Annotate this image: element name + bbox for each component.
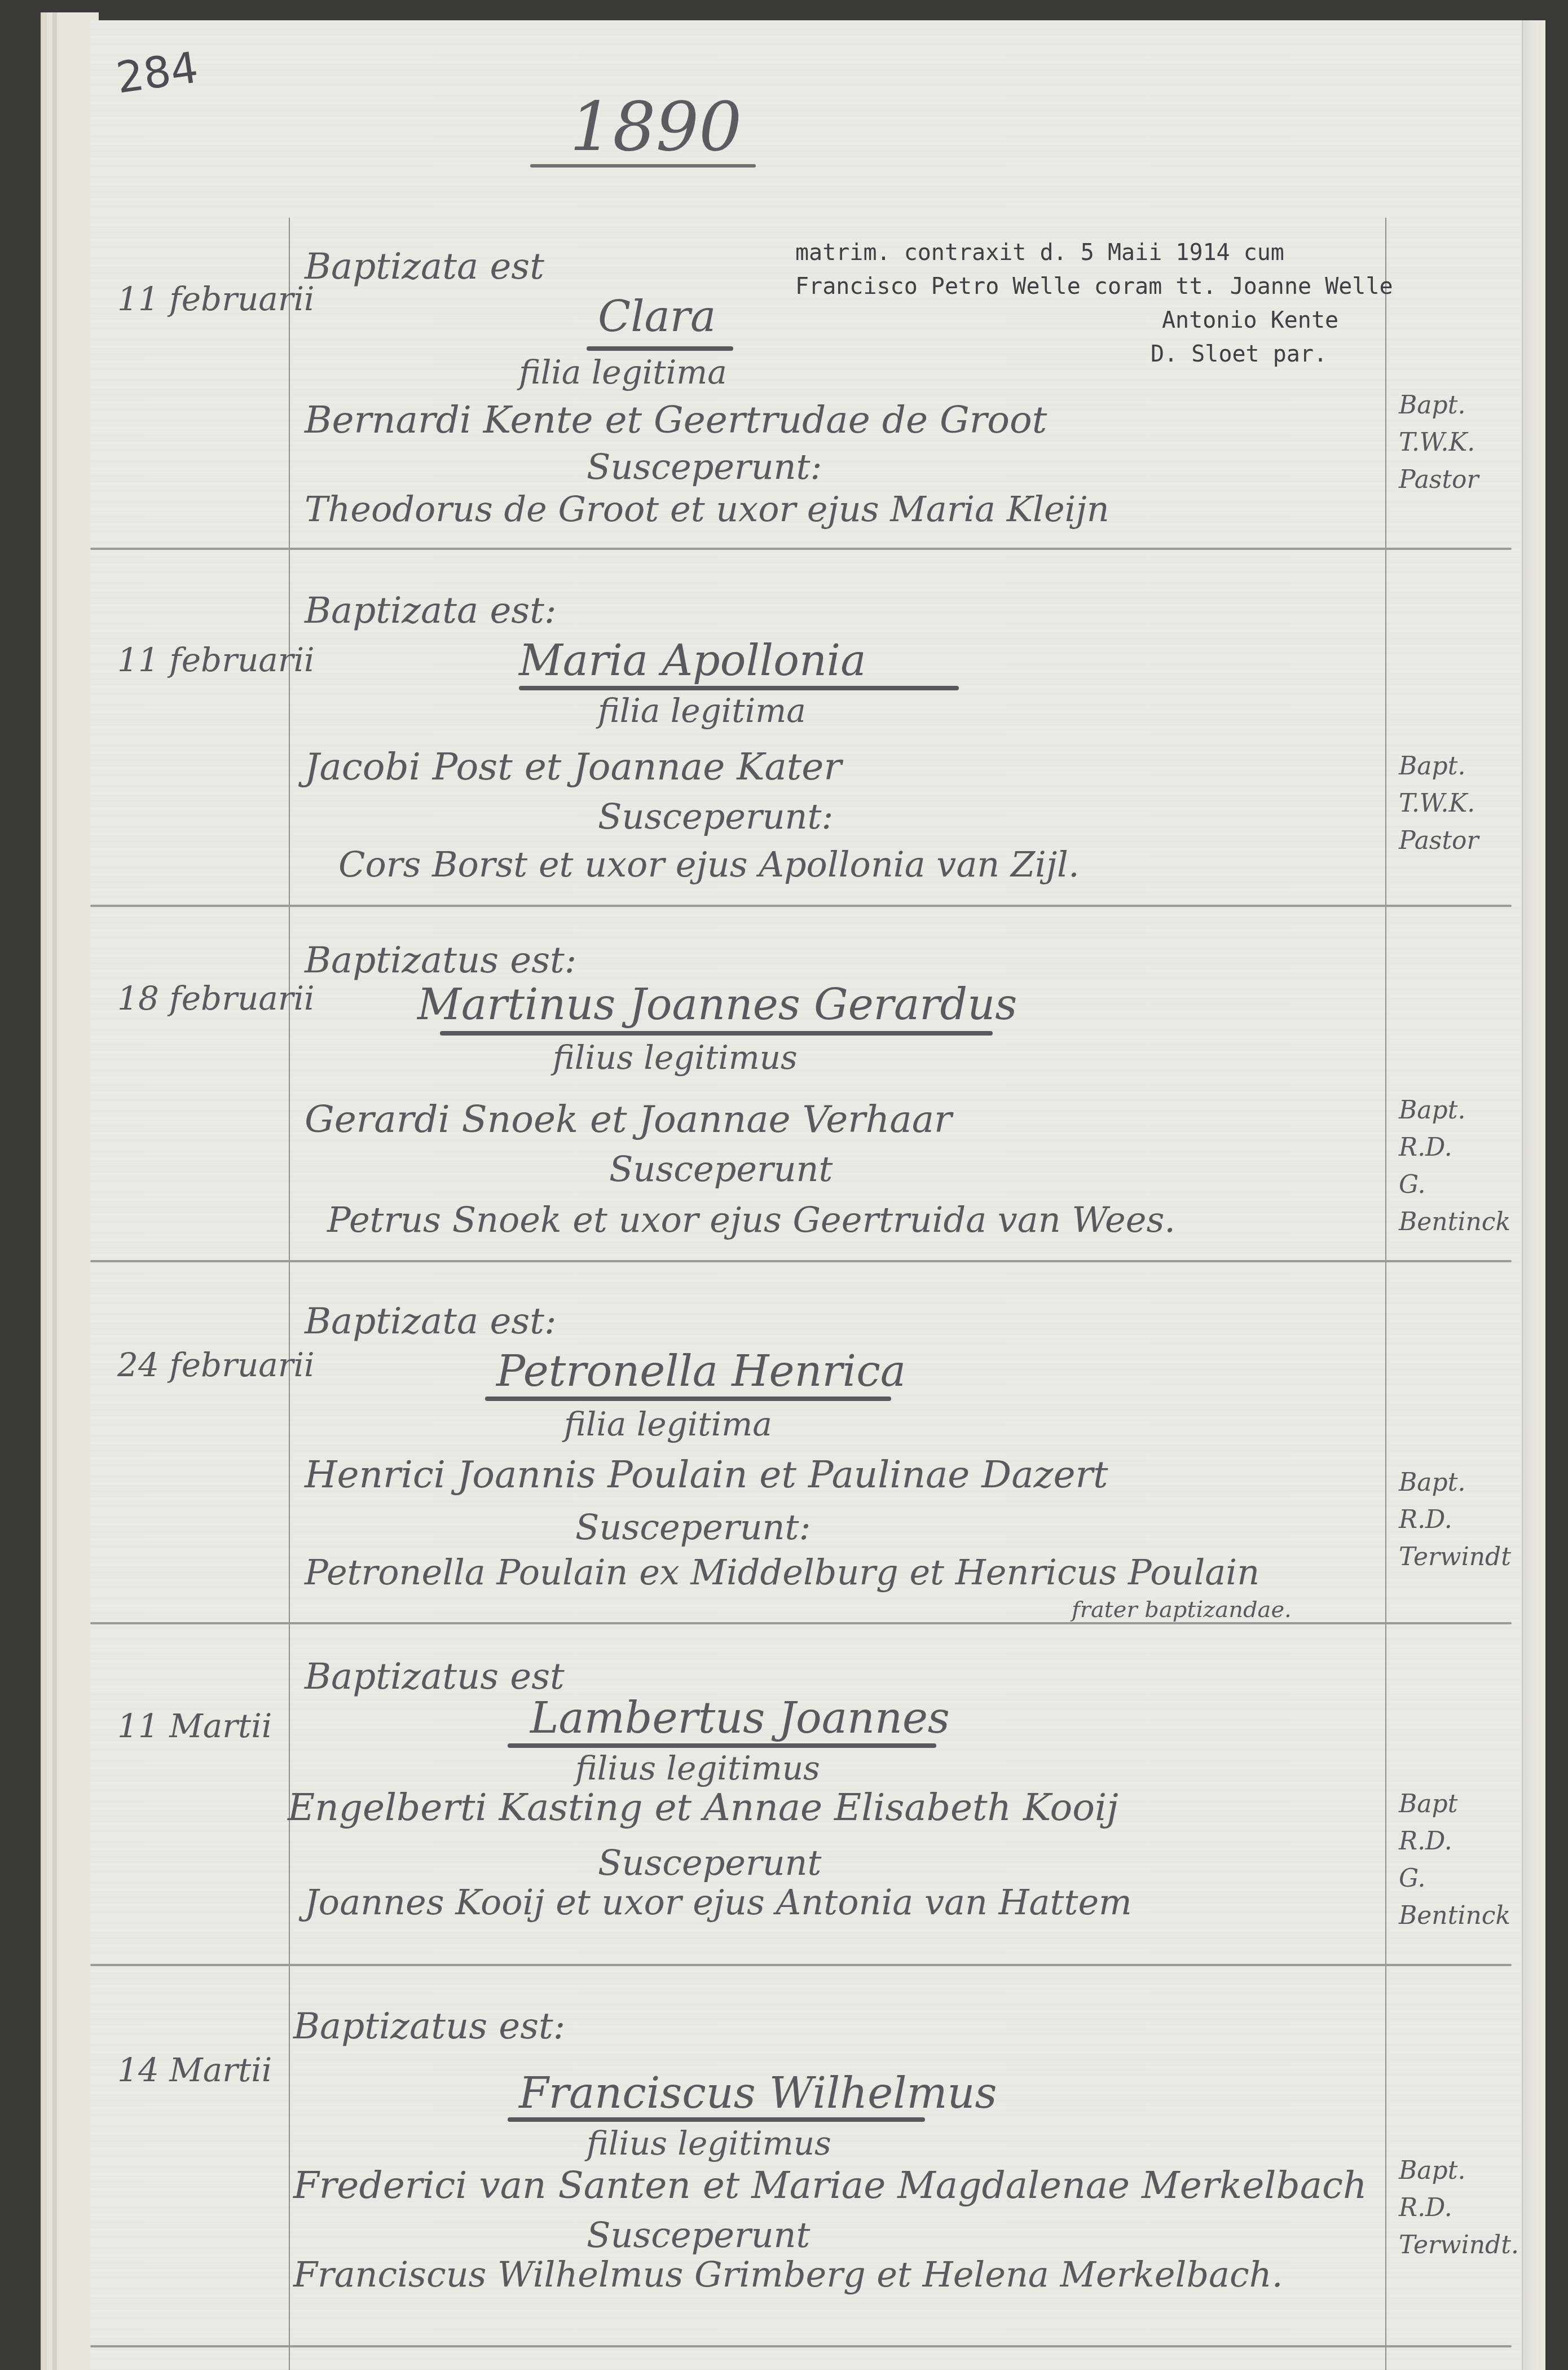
- name-underline: [508, 1743, 936, 1748]
- baptized-label: Baptizata est:: [305, 590, 556, 632]
- sponsor-relation-note: frater baptizandae.: [1072, 1597, 1292, 1623]
- entry-date: 11 februarii: [117, 641, 315, 679]
- name-underline: [587, 346, 733, 351]
- minister-signature: Bapt R.D. G. Bentinck: [1399, 1786, 1523, 1935]
- row-separator: [90, 2345, 1512, 2347]
- name-underline: [508, 2117, 925, 2122]
- parents-names: Henrici Joannis Poulain et Paulinae Daze…: [305, 1453, 1108, 1496]
- marginal-note-line-3: Antonio Kente: [1162, 302, 1338, 338]
- parents-names: Jacobi Post et Joannae Kater: [305, 745, 842, 788]
- marginal-note-line-4: D. Sloet par.: [1151, 336, 1327, 372]
- sponsors-names: Joannes Kooij et uxor ejus Antonia van H…: [305, 1882, 1132, 1923]
- child-name: Martinus Joannes Gerardus: [417, 979, 1017, 1029]
- sponsors-names: Petrus Snoek et uxor ejus Geertruida van…: [327, 1199, 1175, 1240]
- name-underline: [440, 1031, 993, 1036]
- minister-signature: Bapt. T.W.K. Pastor: [1399, 387, 1479, 499]
- row-separator: [90, 905, 1512, 907]
- parents-names: Bernardi Kente et Geertrudae de Groot: [305, 398, 1047, 442]
- entry-date: 14 Martii: [117, 2051, 272, 2089]
- sponsors-label: Susceperunt: [587, 2214, 810, 2256]
- minister-signature: Bapt. T.W.K. Pastor: [1399, 748, 1479, 860]
- sponsors-label: Susceperunt: [609, 1148, 833, 1190]
- child-name: Lambertus Joannes: [530, 1693, 950, 1743]
- row-separator: [90, 1622, 1512, 1624]
- row-separator: [90, 1260, 1512, 1262]
- sponsors-names: Theodorus de Groot et uxor ejus Maria Kl…: [305, 488, 1109, 530]
- year-heading: 1890: [570, 88, 742, 166]
- date-column-rule: [289, 218, 290, 2370]
- minister-column-rule: [1385, 218, 1386, 2370]
- entry-date: 11 Martii: [117, 1707, 272, 1745]
- page-number: 284: [113, 42, 201, 103]
- baptized-label: Baptizatus est:: [305, 940, 576, 981]
- baptized-label: Baptizata est:: [305, 1301, 556, 1342]
- sponsors-label: Susceperunt:: [598, 796, 833, 837]
- legitimacy-note: filius legitimus: [575, 1749, 820, 1787]
- legitimacy-note: filius legitimus: [553, 1038, 798, 1077]
- parents-names: Gerardi Snoek et Joannae Verhaar: [305, 1098, 952, 1141]
- sponsors-names: Cors Borst et uxor ejus Apollonia van Zi…: [338, 844, 1080, 885]
- child-name: Clara: [598, 291, 716, 341]
- baptized-label: Baptizata est: [305, 246, 544, 288]
- minister-signature: Bapt. R.D. Terwindt: [1399, 1464, 1511, 1576]
- parents-names: Engelberti Kasting et Annae Elisabeth Ko…: [288, 1786, 1118, 1829]
- name-underline: [485, 1397, 891, 1401]
- register-page: 284 1890 11 februarii Baptizata est matr…: [90, 20, 1545, 2370]
- baptized-label: Baptizatus est: [305, 1656, 565, 1698]
- sponsors-label: Susceperunt:: [575, 1506, 811, 1548]
- child-name: Maria Apollonia: [519, 635, 866, 685]
- sponsors-label: Susceperunt: [598, 1842, 821, 1883]
- page-gutter: [1522, 20, 1545, 2370]
- year-underline: [530, 164, 756, 168]
- sponsors-names: Petronella Poulain ex Middelburg et Henr…: [305, 1552, 1259, 1593]
- entry-date: 24 februarii: [117, 1346, 315, 1384]
- legitimacy-note: filia legitima: [519, 353, 727, 391]
- legitimacy-note: filia legitima: [598, 691, 806, 730]
- legitimacy-note: filia legitima: [564, 1405, 772, 1443]
- sponsors-label: Susceperunt:: [587, 446, 822, 487]
- name-underline: [519, 686, 959, 690]
- parents-names: Frederici van Santen et Mariae Magdalena…: [293, 2164, 1367, 2207]
- sponsors-names: Franciscus Wilhelmus Grimberg et Helena …: [293, 2254, 1283, 2295]
- baptized-label: Baptizatus est:: [293, 2006, 565, 2047]
- entry-date: 18 februarii: [117, 979, 315, 1017]
- marginal-note-line-1: matrim. contraxit d. 5 Maii 1914 cum: [795, 235, 1284, 271]
- row-separator: [90, 1964, 1512, 1966]
- legitimacy-note: filius legitimus: [587, 2124, 831, 2162]
- row-separator: [90, 548, 1512, 550]
- child-name: Franciscus Wilhelmus: [519, 2068, 997, 2118]
- marginal-note-line-2: Francisco Petro Welle coram tt. Joanne W…: [795, 268, 1393, 305]
- child-name: Petronella Henrica: [496, 1346, 906, 1396]
- minister-signature: Bapt. R.D. Terwindt.: [1399, 2152, 1519, 2264]
- minister-signature: Bapt. R.D. G. Bentinck: [1399, 1092, 1523, 1241]
- entry-date: 11 februarii: [117, 280, 315, 318]
